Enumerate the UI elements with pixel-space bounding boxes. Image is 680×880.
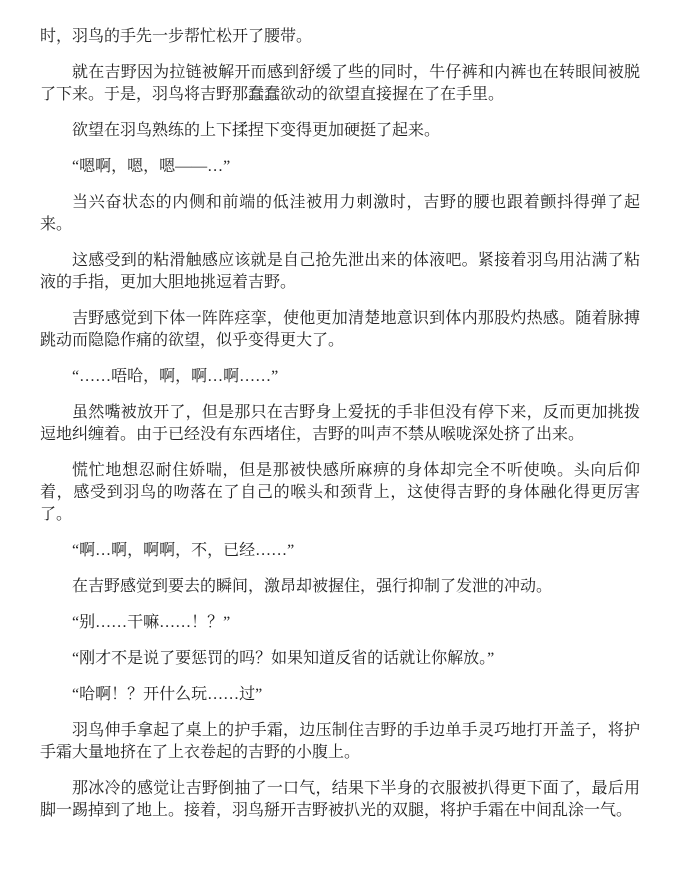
- paragraph: 羽鸟伸手拿起了桌上的护手霜，边压制住吉野的手边单手灵巧地打开盖子，将护手霜大量地…: [40, 720, 640, 764]
- paragraph: 欲望在羽鸟熟练的上下揉捏下变得更加硬挺了起来。: [40, 120, 640, 142]
- paragraph: 当兴奋状态的内侧和前端的低洼被用力刺激时，吉野的腰也跟着颤抖得弹了起来。: [40, 192, 640, 236]
- paragraph: 虽然嘴被放开了，但是那只在吉野身上爱抚的手非但没有停下来，反而更加挑拨逗地纠缠着…: [40, 402, 640, 446]
- paragraph: 那冰冷的感觉让吉野倒抽了一口气，结果下半身的衣服被扒得更下面了，最后用脚一踢掉到…: [40, 778, 640, 822]
- paragraph: 吉野感觉到下体一阵阵痉挛，使他更加清楚地意识到体内那股灼热感。随着脉搏跳动而隐隐…: [40, 308, 640, 352]
- paragraph-continuation: 时，羽鸟的手先一步帮忙松开了腰带。: [40, 26, 640, 48]
- document-page: 时，羽鸟的手先一步帮忙松开了腰带。 就在吉野因为拉链被解开而感到舒缓了些的同时，…: [0, 0, 680, 880]
- paragraph-dialogue: “啊…啊，啊啊，不，已经……”: [40, 540, 640, 562]
- paragraph: 在吉野感觉到要去的瞬间，激昂却被握住，强行抑制了发泄的冲动。: [40, 576, 640, 598]
- paragraph-dialogue: “哈啊！？开什么玩……过”: [40, 684, 640, 706]
- paragraph: 这感受到的粘滑触感应该就是自己抢先泄出来的体液吧。紧接着羽鸟用沾满了粘液的手指，…: [40, 250, 640, 294]
- paragraph-dialogue: “刚才不是说了要惩罚的吗？如果知道反省的话就让你解放。”: [40, 648, 640, 670]
- paragraph-dialogue: “别……干嘛……！？”: [40, 612, 640, 634]
- paragraph: 慌忙地想忍耐住娇喘，但是那被快感所麻痹的身体却完全不听使唤。头向后仰着，感受到羽…: [40, 460, 640, 526]
- paragraph-dialogue: “嗯啊，嗯，嗯——…”: [40, 156, 640, 178]
- paragraph: 就在吉野因为拉链被解开而感到舒缓了些的同时，牛仔裤和内裤也在转眼间被脱了下来。于…: [40, 62, 640, 106]
- paragraph-dialogue: “……唔哈，啊，啊…啊……”: [40, 366, 640, 388]
